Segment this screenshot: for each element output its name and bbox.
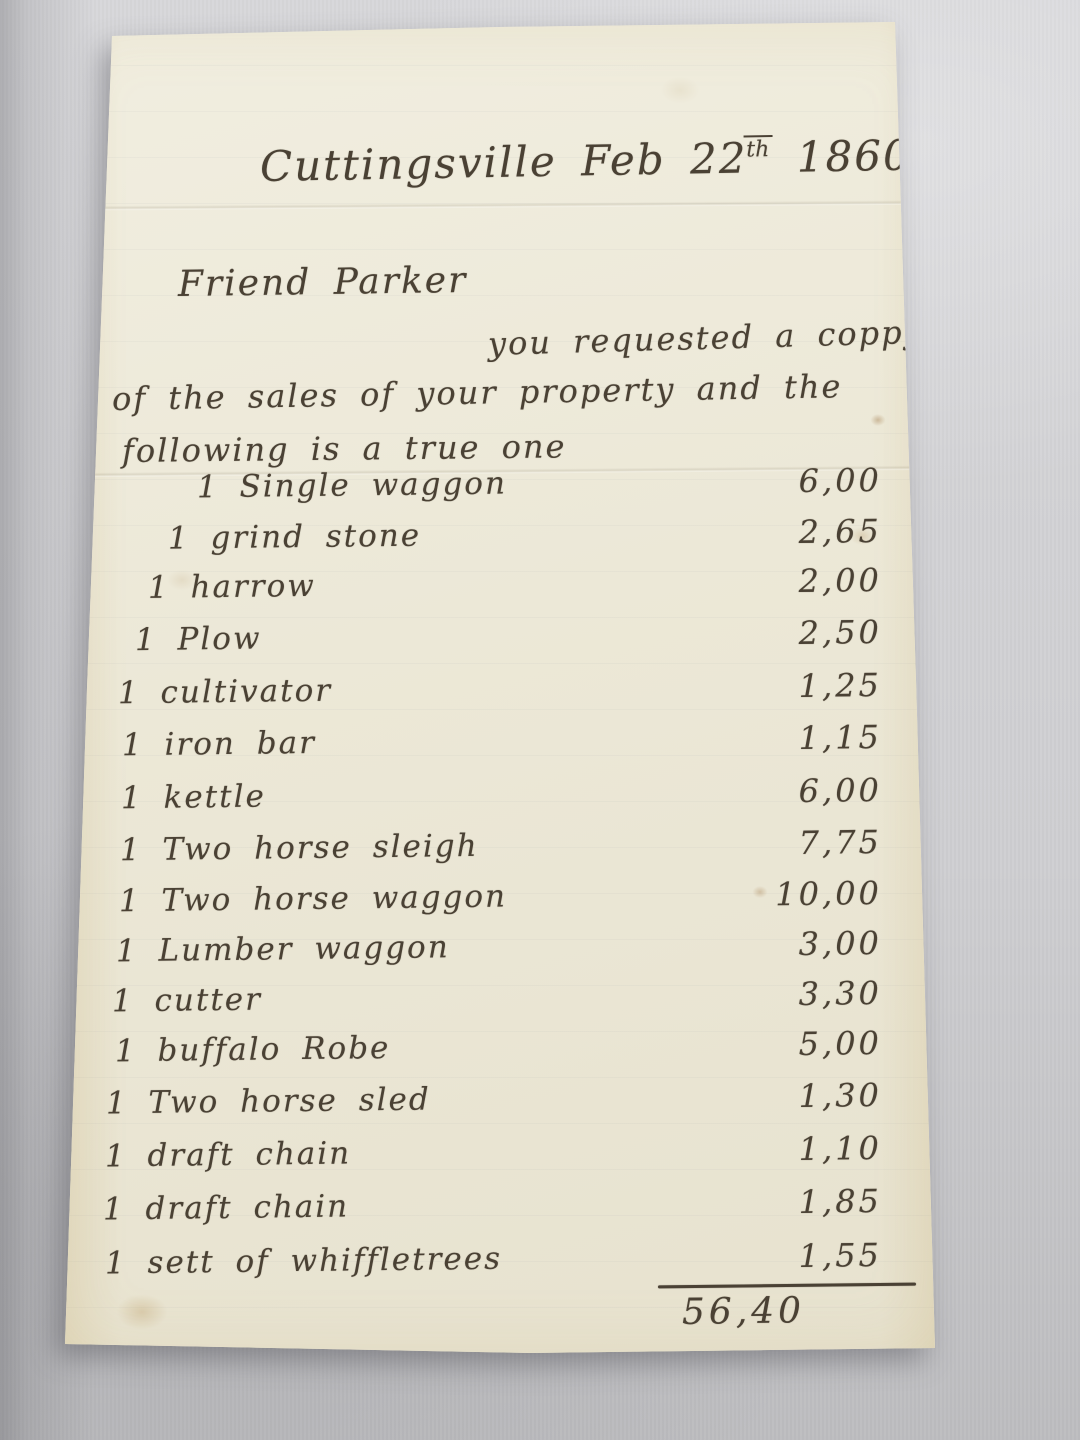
item-name: cutter (154, 982, 262, 1019)
item-price: 1,55 (798, 1236, 882, 1275)
fold-crease (60, 200, 940, 211)
item-label: 1 Lumber waggon (116, 929, 450, 969)
item-price: 1,25 (798, 666, 882, 705)
line-item-row: 1 draft chain1,10 (60, 1128, 940, 1183)
item-label: 1 Single waggon (197, 466, 507, 506)
item-qty: 1 (120, 832, 142, 868)
item-label: 1 Two horse sled (106, 1081, 431, 1121)
total-rule (658, 1283, 916, 1289)
item-name: draft chain (147, 1135, 351, 1173)
line-item-row: 1 Plow2,50 (60, 612, 940, 667)
item-price: 10,00 (775, 874, 882, 913)
item-name: Two horse sleigh (162, 828, 478, 868)
item-name: kettle (163, 778, 266, 815)
item-label: 1 cultivator (118, 673, 333, 712)
line-item-row: 1 Two horse waggon10,00 (60, 873, 940, 928)
item-label: 1 sett of whiffletrees (105, 1241, 503, 1282)
item-label: 1 iron bar (122, 725, 316, 763)
intro-line-3: following is a true one (122, 427, 567, 470)
item-qty: 1 (115, 1033, 137, 1069)
photo-background: Cuttingsville Feb 22th 1860 Friend Parke… (0, 0, 1080, 1440)
item-label: 1 grind stone (168, 518, 422, 557)
intro-line-2: of the sales of your property and the (112, 367, 843, 418)
item-name: harrow (190, 568, 316, 606)
item-price: 2,65 (798, 512, 882, 551)
item-name: grind stone (210, 518, 421, 557)
line-item-row: 1 iron bar1,15 (60, 717, 940, 772)
item-name: cultivator (160, 673, 332, 711)
item-label: 1 buffalo Robe (115, 1030, 391, 1069)
item-price: 3,30 (798, 974, 882, 1013)
item-name: Single waggon (239, 466, 507, 505)
item-qty: 1 (121, 780, 143, 816)
item-label: 1 draft chain (103, 1188, 350, 1227)
item-price: 2,00 (798, 561, 882, 600)
line-item-row: 1 Single waggon6,00 (60, 460, 940, 515)
item-qty: 1 (119, 883, 141, 919)
paper-shadow: Cuttingsville Feb 22th 1860 Friend Parke… (60, 20, 940, 1356)
line-item-row: 1 kettle6,00 (60, 770, 940, 825)
total-amount: 56,40 (682, 1290, 806, 1333)
salutation: Friend Parker (178, 260, 468, 305)
line-item-row: 1 cultivator1,25 (60, 665, 940, 720)
item-name: iron bar (164, 725, 316, 763)
item-label: 1 Two horse sleigh (120, 828, 479, 868)
line-item-row: 1 Two horse sleigh7,75 (60, 822, 940, 877)
item-qty: 1 (112, 983, 134, 1019)
item-qty: 1 (118, 675, 140, 711)
item-name: Two horse waggon (161, 879, 507, 919)
item-qty: 1 (106, 1085, 128, 1121)
item-qty: 1 (135, 622, 157, 658)
item-qty: 1 (105, 1245, 127, 1281)
line-item-row: 1 Two horse sled1,30 (60, 1075, 940, 1130)
line-item-row: 1 sett of whiffletrees1,55 (60, 1235, 940, 1290)
item-price: 1,10 (798, 1129, 882, 1168)
document-paper: Cuttingsville Feb 22th 1860 Friend Parke… (60, 20, 940, 1356)
item-qty: 1 (197, 469, 219, 505)
item-label: 1 Plow (135, 621, 262, 659)
line-item-row: 1 Lumber waggon3,00 (60, 923, 940, 978)
line-item-row: 1 harrow2,00 (60, 560, 940, 615)
item-label: 1 harrow (148, 568, 316, 606)
item-price: 1,30 (798, 1076, 882, 1115)
item-qty: 1 (122, 727, 144, 763)
dateline-place: Cuttingsville (260, 137, 558, 191)
item-price: 3,00 (798, 924, 882, 963)
item-qty: 1 (105, 1138, 127, 1174)
line-item-row: 1 draft chain1,85 (60, 1181, 940, 1236)
item-name: Two horse sled (148, 1081, 431, 1120)
dateline: Cuttingsville Feb 22th 1860 (260, 131, 913, 191)
item-price: 6,00 (798, 771, 882, 810)
dateline-year: 1860 (796, 131, 912, 182)
item-name: sett of whiffletrees (147, 1241, 502, 1281)
item-qty: 1 (116, 933, 138, 969)
dateline-ordinal: th (743, 135, 772, 163)
item-qty: 1 (103, 1191, 125, 1227)
item-price: 5,00 (798, 1024, 882, 1063)
item-name: Plow (177, 621, 261, 658)
line-item-row: 1 buffalo Robe5,00 (60, 1023, 940, 1078)
line-item-row: 1 cutter3,30 (60, 973, 940, 1028)
item-label: 1 draft chain (105, 1135, 352, 1174)
item-qty: 1 (148, 570, 170, 606)
item-name: draft chain (145, 1188, 349, 1226)
item-qty: 1 (168, 520, 190, 556)
item-label: 1 Two horse waggon (119, 879, 508, 920)
item-price: 1,85 (798, 1182, 882, 1221)
item-price: 2,50 (798, 613, 882, 652)
item-price: 6,00 (798, 461, 882, 500)
item-price: 7,75 (798, 823, 882, 862)
item-price: 1,15 (798, 718, 882, 757)
item-label: 1 kettle (121, 778, 266, 816)
item-name: Lumber waggon (158, 929, 450, 969)
item-name: buffalo Robe (157, 1030, 390, 1069)
line-item-row: 1 grind stone2,65 (60, 511, 940, 566)
intro-line-1: you requested a coppy (487, 313, 924, 363)
item-label: 1 cutter (112, 982, 262, 1020)
dateline-date: Feb 22 (581, 133, 748, 185)
